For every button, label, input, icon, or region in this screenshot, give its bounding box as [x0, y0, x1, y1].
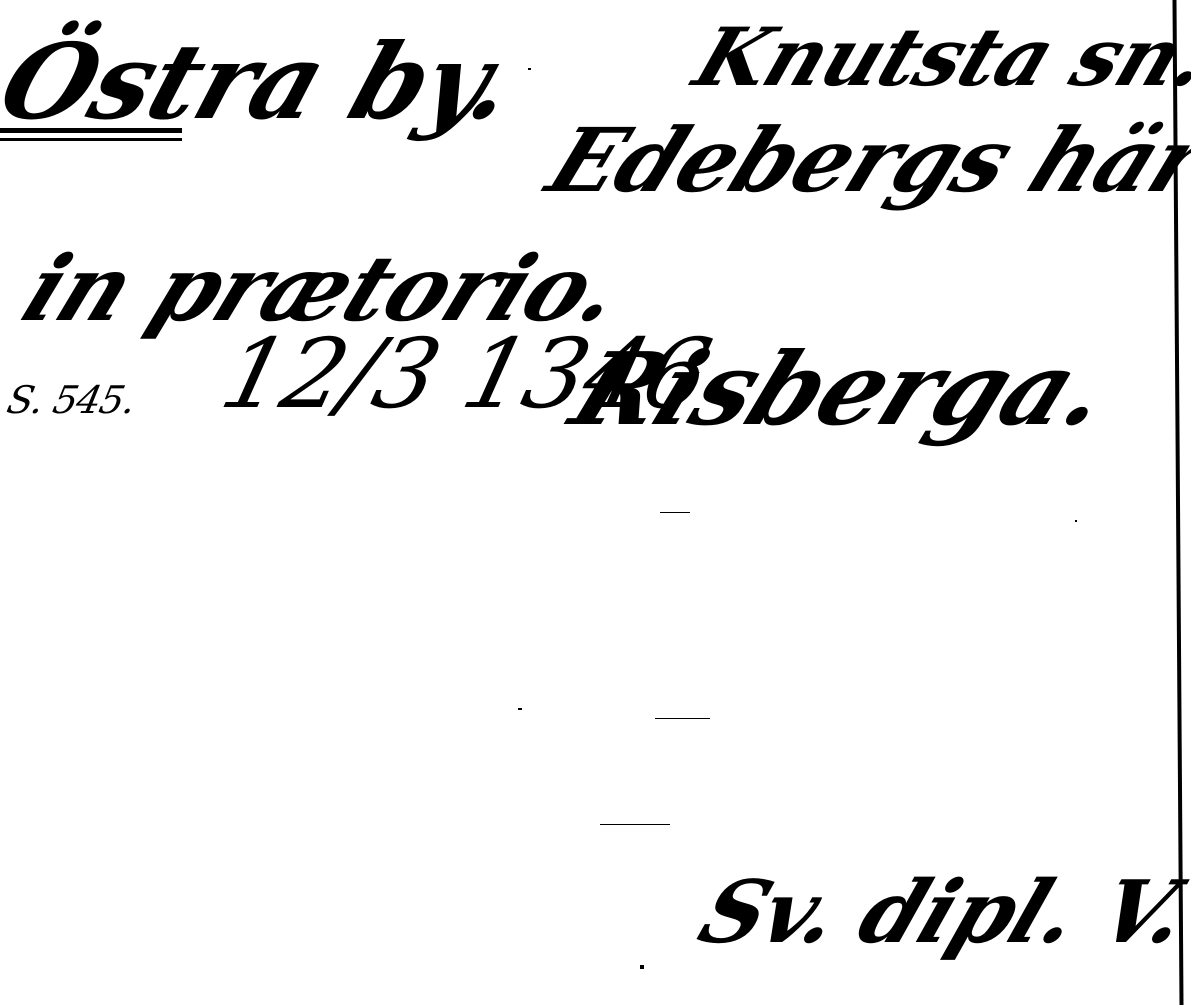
reference-number: S. 545. — [3, 378, 139, 422]
place-name-underline — [0, 128, 182, 133]
source-citation: Sv. dipl. V. — [687, 862, 1191, 963]
scan-speck — [655, 718, 710, 719]
place-name-underline-second — [0, 138, 182, 141]
scan-speck — [600, 824, 670, 825]
index-card: Östra by. Knutsta sn. Edebergs häradsh. … — [0, 0, 1191, 1005]
scan-speck — [660, 512, 690, 513]
scan-speck — [640, 965, 644, 969]
place-name: Östra by. — [0, 20, 530, 143]
issue-place: Risberga. — [556, 330, 1128, 448]
parish-name: Knutsta sn. — [683, 10, 1191, 104]
scan-speck — [1075, 520, 1077, 522]
scan-speck — [528, 68, 531, 70]
hundred-name: Edebergs häradsh. — [534, 108, 1191, 212]
scan-speck — [518, 708, 522, 710]
